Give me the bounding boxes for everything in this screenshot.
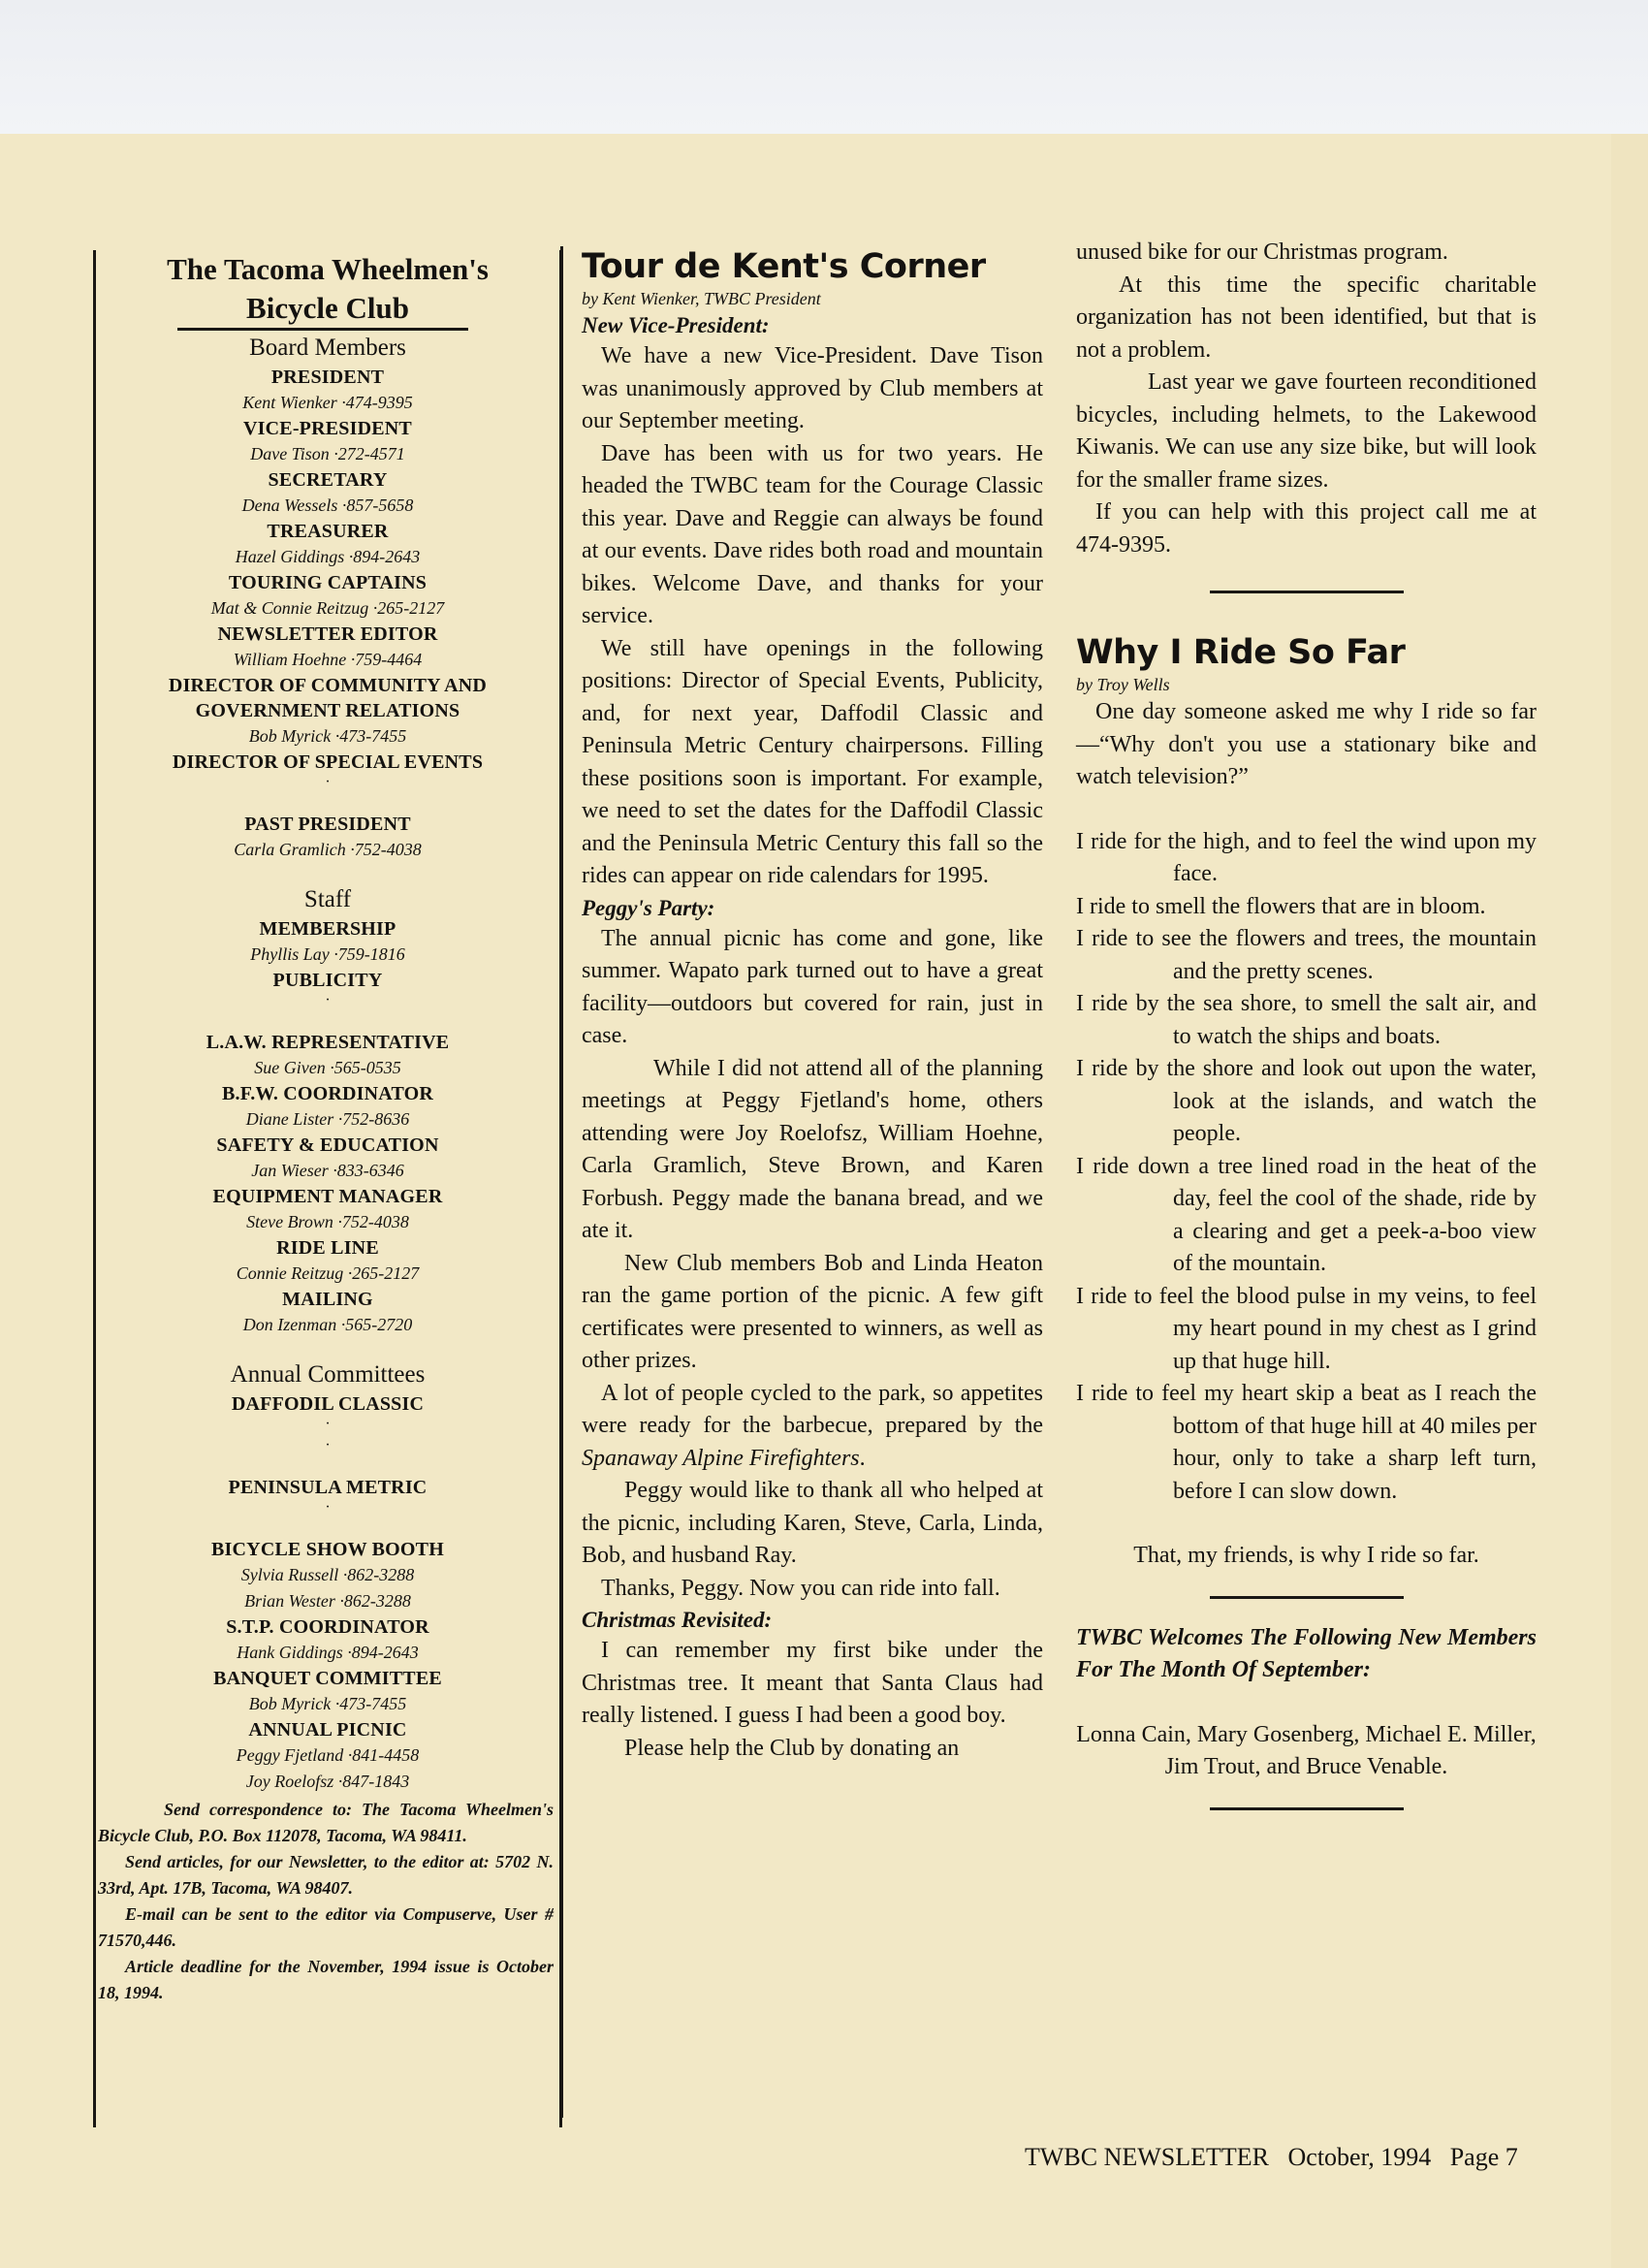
paragraph: At this time the specific charitable org…	[1076, 270, 1537, 367]
poem-stanza: I ride to smell the flowers that are in …	[1076, 891, 1537, 924]
new-members-names: Lonna Cain, Mary Gosenberg, Michael E. M…	[1076, 1719, 1537, 1784]
paper-edge	[1611, 134, 1648, 2268]
role-title: BANQUET COMMITTEE	[96, 1666, 559, 1691]
paragraph: We have a new Vice-President. Dave Tison…	[582, 340, 1043, 438]
poem-stanza: I ride by the shore and look out upon th…	[1076, 1053, 1537, 1151]
paragraph-text: A lot of people cycled to the park, so a…	[582, 1381, 1043, 1439]
column-divider	[560, 246, 563, 2118]
paragraph: Peggy would like to thank all who helped…	[582, 1475, 1043, 1573]
scanner-background	[0, 0, 1648, 136]
club-name-line1: The Tacoma Wheelmen's	[96, 250, 559, 289]
role-holder: Phyllis Lay ·759-1816	[96, 942, 559, 968]
role-title: S.T.P. COORDINATOR	[96, 1614, 559, 1640]
role-title: NEWSLETTER EDITOR	[96, 622, 559, 647]
role-title: PRESIDENT	[96, 365, 559, 390]
section-divider	[1210, 591, 1404, 593]
section-divider	[1210, 1807, 1404, 1810]
paragraph: While I did not attend all of the planni…	[582, 1053, 1043, 1248]
page-footer: TWBC NEWSLETTER October, 1994 Page 7	[1025, 2143, 1518, 2172]
issue-date: October, 1994	[1288, 2143, 1432, 2171]
role-title: TOURING CAPTAINS	[96, 570, 559, 595]
role-title: SECRETARY	[96, 467, 559, 493]
article-tour-de-kents-corner: Tour de Kent's Corner by Kent Wienker, T…	[582, 246, 1043, 1765]
contact-info: Send correspondence to: The Tacoma Wheel…	[96, 1797, 559, 2006]
role-title: DAFFODIL CLASSIC	[96, 1391, 559, 1417]
role-title: B.F.W. COORDINATOR	[96, 1081, 559, 1106]
vacant-marker: ·	[96, 1500, 559, 1537]
poem-stanza: I ride to feel my heart skip a beat as I…	[1076, 1378, 1537, 1508]
spacer	[1076, 1687, 1537, 1719]
poem-stanza: I ride to see the flowers and trees, the…	[1076, 923, 1537, 988]
role-holder: Bob Myrick ·473-7455	[96, 723, 559, 750]
paragraph: New Club members Bob and Linda Heaton ra…	[582, 1248, 1043, 1378]
article-continuation: unused bike for our Christmas program. A…	[1076, 237, 1537, 561]
paragraph: Last year we gave fourteen reconditioned…	[1076, 367, 1537, 496]
board-list: PRESIDENT Kent Wienker ·474-9395 VICE-PR…	[96, 365, 559, 863]
section-divider	[1210, 1596, 1404, 1599]
role-holder: Steve Brown ·752-4038	[96, 1209, 559, 1235]
staff-heading: Staff	[96, 884, 559, 914]
article-byline: by Kent Wienker, TWBC President	[582, 287, 1043, 310]
right-column: unused bike for our Christmas program. A…	[1076, 237, 1537, 1834]
article-intro: One day someone asked me why I ride so f…	[1076, 696, 1537, 794]
paragraph: Thanks, Peggy. Now you can ride into fal…	[582, 1573, 1043, 1606]
vacant-marker: ·	[96, 1438, 559, 1475]
role-title: PAST PRESIDENT	[96, 812, 559, 837]
poem-stanza: I ride down a tree lined road in the hea…	[1076, 1151, 1537, 1281]
role-holder: Hazel Giddings ·894-2643	[96, 544, 559, 570]
page-number: Page 7	[1450, 2143, 1518, 2171]
role-holder: Carla Gramlich ·752-4038	[96, 837, 559, 863]
role-title: RIDE LINE	[96, 1235, 559, 1261]
poem-stanza: I ride for the high, and to feel the win…	[1076, 826, 1537, 891]
section-body: I can remember my first bike under the C…	[582, 1635, 1043, 1765]
role-holder: William Hoehne ·759-4464	[96, 647, 559, 673]
role-holder: Sue Given ·565-0535	[96, 1055, 559, 1081]
article-why-i-ride-so-far: Why I Ride So Far by Troy Wells One day …	[1076, 632, 1537, 1573]
role-title: PUBLICITY	[96, 968, 559, 993]
paragraph: If you can help with this project call m…	[1076, 496, 1537, 561]
club-directory-sidebar: The Tacoma Wheelmen's Bicycle Club Board…	[93, 250, 562, 2127]
spacer	[1076, 1508, 1537, 1540]
article-title: Why I Ride So Far	[1076, 632, 1537, 673]
club-name: The Tacoma Wheelmen's Bicycle Club	[96, 250, 559, 328]
editor-email: E-mail can be sent to the editor via Com…	[98, 1901, 554, 1954]
paragraph: unused bike for our Christmas program.	[1076, 237, 1537, 270]
spacer	[1076, 794, 1537, 826]
vacant-marker: ·	[96, 993, 559, 1030]
article-deadline: Article deadline for the November, 1994 …	[98, 1954, 554, 2006]
section-body: The annual picnic has come and gone, lik…	[582, 923, 1043, 1606]
new-members-heading: TWBC Welcomes The Following New Members …	[1076, 1622, 1537, 1687]
role-holder: Diane Lister ·752-8636	[96, 1106, 559, 1133]
paragraph: Please help the Club by donating an	[582, 1733, 1043, 1766]
poem-stanza: I ride by the sea shore, to smell the sa…	[1076, 988, 1537, 1053]
section-subhead: Christmas Revisited:	[582, 1605, 1043, 1635]
role-holder: Mat & Connie Reitzug ·265-2127	[96, 595, 559, 622]
section-subhead: Peggy's Party:	[582, 893, 1043, 923]
role-holder: Jan Wieser ·833-6346	[96, 1158, 559, 1184]
caterer-name: Spanaway Alpine Firefighters	[582, 1446, 860, 1471]
paragraph: I can remember my first bike under the C…	[582, 1635, 1043, 1733]
role-title: TREASURER	[96, 519, 559, 544]
role-title: PENINSULA METRIC	[96, 1475, 559, 1500]
role-title: ANNUAL PICNIC	[96, 1717, 559, 1742]
punctuation: .	[860, 1446, 866, 1471]
club-name-line2: Bicycle Club	[96, 289, 559, 328]
role-holder: Dena Wessels ·857-5658	[96, 493, 559, 519]
paragraph: The annual picnic has come and gone, lik…	[582, 923, 1043, 1053]
role-title: DIRECTOR OF SPECIAL EVENTS	[96, 750, 559, 775]
paragraph: Dave has been with us for two years. He …	[582, 438, 1043, 633]
vacant-marker: ·	[96, 1417, 559, 1438]
role-title: MEMBERSHIP	[96, 916, 559, 942]
publication-name: TWBC NEWSLETTER	[1025, 2143, 1269, 2171]
article-byline: by Troy Wells	[1076, 673, 1537, 696]
role-title: SAFETY & EDUCATION	[96, 1133, 559, 1158]
role-title: MAILING	[96, 1287, 559, 1312]
paragraph: A lot of people cycled to the park, so a…	[582, 1378, 1043, 1476]
role-title: L.A.W. REPRESENTATIVE	[96, 1030, 559, 1055]
section-subhead: New Vice-President:	[582, 310, 1043, 340]
committees-list: DAFFODIL CLASSIC · · PENINSULA METRIC · …	[96, 1391, 559, 1795]
role-title: DIRECTOR OF COMMUNITY AND GOVERNMENT REL…	[96, 673, 559, 723]
role-holder: Brian Wester ·862-3288	[96, 1588, 559, 1614]
correspondence-address: Send correspondence to: The Tacoma Wheel…	[98, 1797, 554, 1849]
title-underline	[177, 328, 468, 331]
role-title: EQUIPMENT MANAGER	[96, 1184, 559, 1209]
role-holder: Dave Tison ·272-4571	[96, 441, 559, 467]
role-holder: Don Izenman ·565-2720	[96, 1312, 559, 1338]
section-body: We have a new Vice-President. Dave Tison…	[582, 340, 1043, 893]
role-holder: Peggy Fjetland ·841-4458	[96, 1742, 559, 1769]
role-holder: Hank Giddings ·894-2643	[96, 1640, 559, 1666]
poem-stanza: I ride to feel the blood pulse in my vei…	[1076, 1281, 1537, 1379]
role-holder: Kent Wienker ·474-9395	[96, 390, 559, 416]
board-heading: Board Members	[96, 333, 559, 363]
vacant-marker: ·	[96, 775, 559, 812]
role-holder: Connie Reitzug ·265-2127	[96, 1261, 559, 1287]
paragraph: One day someone asked me why I ride so f…	[1076, 696, 1537, 794]
role-holder: Bob Myrick ·473-7455	[96, 1691, 559, 1717]
role-title: BICYCLE SHOW BOOTH	[96, 1537, 559, 1562]
article-title: Tour de Kent's Corner	[582, 246, 1043, 287]
paragraph: We still have openings in the following …	[582, 633, 1043, 893]
role-title: VICE-PRESIDENT	[96, 416, 559, 441]
new-members-notice: TWBC Welcomes The Following New Members …	[1076, 1622, 1537, 1784]
editor-address: Send articles, for our Newsletter, to th…	[98, 1849, 554, 1901]
staff-list: MEMBERSHIP Phyllis Lay ·759-1816 PUBLICI…	[96, 916, 559, 1338]
role-holder: Sylvia Russell ·862-3288	[96, 1562, 559, 1588]
role-holder: Joy Roelofsz ·847-1843	[96, 1769, 559, 1795]
poem-closing: That, my friends, is why I ride so far.	[1076, 1540, 1537, 1573]
committees-heading: Annual Committees	[96, 1359, 559, 1390]
